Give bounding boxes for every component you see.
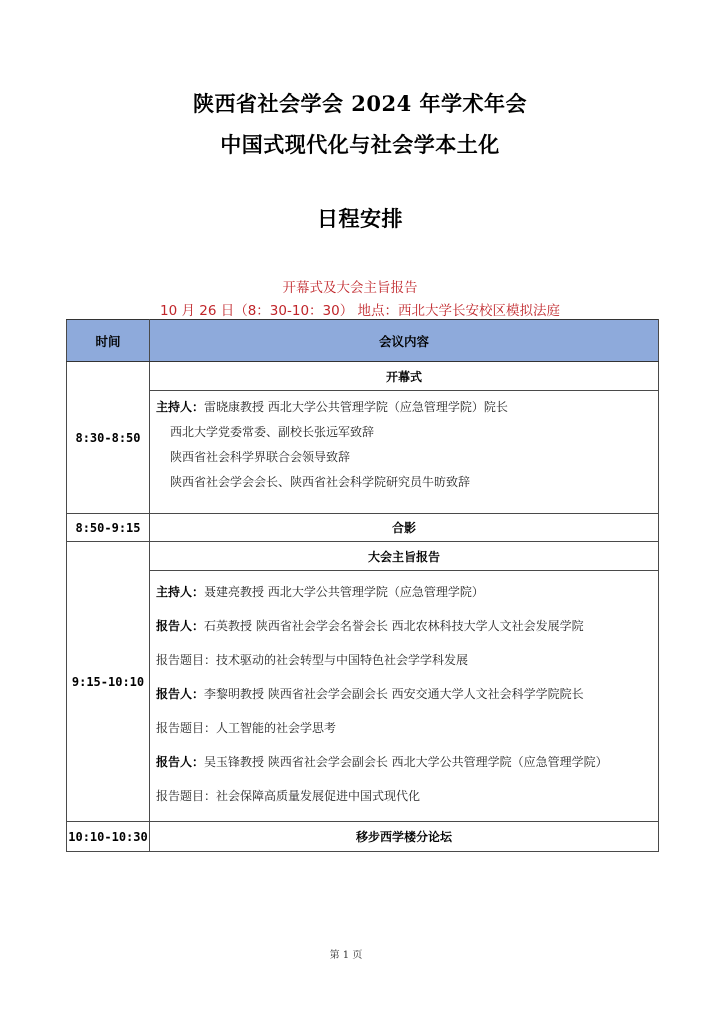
reporter-name: 吴玉锋教授 陕西省社会学会副会长 西北大学公共管理学院（应急管理学院） bbox=[204, 755, 608, 769]
host-name: 雷晓康教授 西北大学公共管理学院（应急管理学院）院长 bbox=[204, 400, 508, 414]
content-cell: 主持人：雷晓康教授 西北大学公共管理学院（应急管理学院）院长 西北大学党委常委、… bbox=[150, 391, 659, 514]
reporter-name: 李黎明教授 陕西省社会学会副会长 西安交通大学人文社会科学学院院长 bbox=[204, 687, 584, 701]
list-item: 西北大学党委常委、副校长张远军致辞 bbox=[156, 420, 652, 445]
section-title: 开幕式 bbox=[150, 362, 659, 391]
header-content: 会议内容 bbox=[150, 320, 659, 362]
conference-theme: 中国式现代化与社会学本土化 bbox=[0, 129, 720, 159]
section-title: 移步西学楼分论坛 bbox=[150, 822, 659, 852]
host-label: 主持人： bbox=[156, 400, 204, 414]
time-cell: 10:10-10:30 bbox=[67, 822, 150, 852]
schedule-table: 时间 会议内容 8:30-8:50 开幕式 主持人：雷晓康教授 西北大学公共管理… bbox=[66, 319, 659, 852]
list-item: 陕西省社会科学界联合会领导致辞 bbox=[156, 445, 652, 470]
table-row: 主持人：聂建亮教授 西北大学公共管理学院（应急管理学院） 报告人：石英教授 陕西… bbox=[67, 571, 659, 822]
reporter-name: 石英教授 陕西省社会学会名誉会长 西北农林科技大学人文社会发展学院 bbox=[204, 619, 584, 633]
time-cell: 9:15-10:10 bbox=[67, 542, 150, 822]
table-row: 主持人：雷晓康教授 西北大学公共管理学院（应急管理学院）院长 西北大学党委常委、… bbox=[67, 391, 659, 514]
page-number: 第 1 页 bbox=[0, 946, 692, 961]
reporter-label: 报告人： bbox=[156, 619, 204, 633]
table-row: 10:10-10:30 移步西学楼分论坛 bbox=[67, 822, 659, 852]
table-header-row: 时间 会议内容 bbox=[67, 320, 659, 362]
host-line: 主持人：聂建亮教授 西北大学公共管理学院（应急管理学院） bbox=[156, 575, 652, 609]
header-time: 时间 bbox=[67, 320, 150, 362]
reporter-line: 报告人：李黎明教授 陕西省社会学会副会长 西安交通大学人文社会科学学院院长 bbox=[156, 677, 652, 711]
report-topic: 报告题目：技术驱动的社会转型与中国特色社会学学科发展 bbox=[156, 643, 652, 677]
host-name: 聂建亮教授 西北大学公共管理学院（应急管理学院） bbox=[204, 585, 484, 599]
host-label: 主持人： bbox=[156, 585, 204, 599]
reporter-label: 报告人： bbox=[156, 755, 204, 769]
time-cell: 8:30-8:50 bbox=[67, 362, 150, 514]
report-topic: 报告题目：社会保障高质量发展促进中国式现代化 bbox=[156, 779, 652, 813]
host-line: 主持人：雷晓康教授 西北大学公共管理学院（应急管理学院）院长 bbox=[156, 395, 652, 420]
list-item: 陕西省社会学会会长、陕西省社会科学院研究员牛昉致辞 bbox=[156, 470, 652, 495]
table-row: 9:15-10:10 大会主旨报告 bbox=[67, 542, 659, 571]
section-title: 合影 bbox=[150, 514, 659, 542]
reporter-line: 报告人：石英教授 陕西省社会学会名誉会长 西北农林科技大学人文社会发展学院 bbox=[156, 609, 652, 643]
session-info: 10 月 26 日（8：30-10：30） 地点：西北大学长安校区模拟法庭 bbox=[10, 299, 710, 319]
table-row: 8:50-9:15 合影 bbox=[67, 514, 659, 542]
conference-title: 陕西省社会学会 2024 年学术年会 bbox=[0, 88, 720, 118]
content-cell: 主持人：聂建亮教授 西北大学公共管理学院（应急管理学院） 报告人：石英教授 陕西… bbox=[150, 571, 659, 822]
schedule-heading: 日程安排 bbox=[0, 203, 720, 233]
time-cell: 8:50-9:15 bbox=[67, 514, 150, 542]
reporter-label: 报告人： bbox=[156, 687, 204, 701]
section-title: 大会主旨报告 bbox=[150, 542, 659, 571]
report-topic: 报告题目：人工智能的社会学思考 bbox=[156, 711, 652, 745]
reporter-line: 报告人：吴玉锋教授 陕西省社会学会副会长 西北大学公共管理学院（应急管理学院） bbox=[156, 745, 652, 779]
session-name: 开幕式及大会主旨报告 bbox=[0, 276, 700, 296]
table-row: 8:30-8:50 开幕式 bbox=[67, 362, 659, 391]
